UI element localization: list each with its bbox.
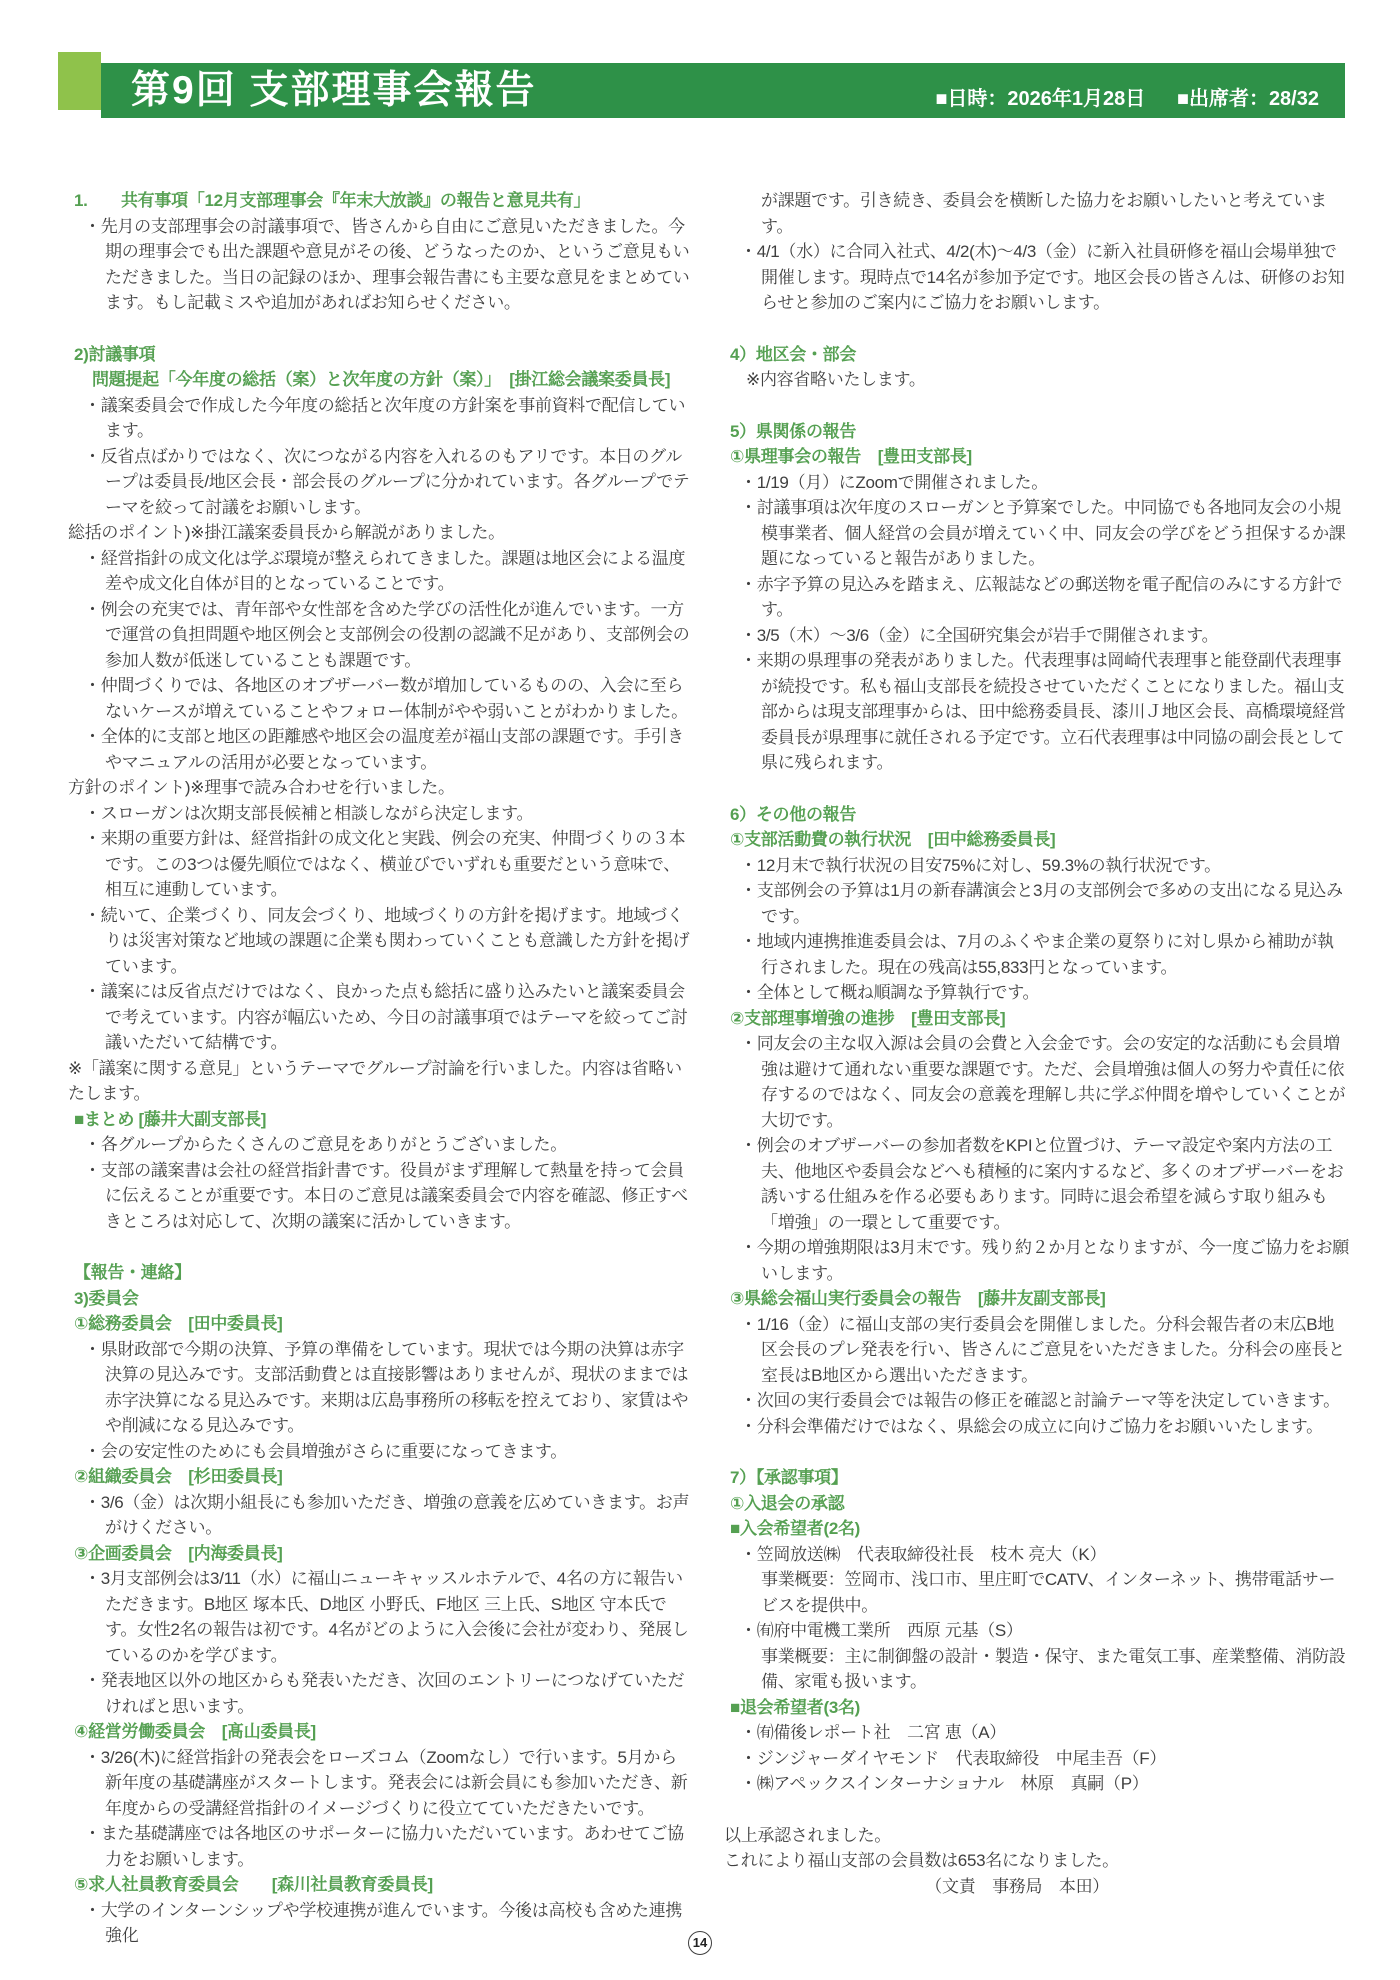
paragraph: 以上承認されました。	[724, 1823, 1349, 1849]
bullet-item: ・スローガンは次期支部長候補と相談しながら決定します。	[68, 801, 693, 827]
bullet-item: ・3月支部例会は3/11（水）に福山ニューキャッスルホテルで、4名の方に報告いた…	[68, 1566, 693, 1668]
bullet-item: ・全体として概ね順調な予算執行です。	[724, 980, 1349, 1006]
bullet-item: ・㈱アペックスインターナショナル 林原 真嗣（P）	[724, 1771, 1349, 1797]
bullet-item: ・大学のインターンシップや学校連携が進んでいます。今後は高校も含めた連携強化	[68, 1898, 693, 1949]
page-title: 第9回 支部理事会報告	[131, 59, 537, 115]
bullet-item: ・ジンジャーダイヤモンド 代表取締役 中尾圭吾（F）	[724, 1746, 1349, 1772]
report-page: 第9回 支部理事会報告 ■日時：2026年1月28日 ■出席者：28/32 1.…	[0, 0, 1400, 1980]
bullet-item: ・討議事項は次年度のスローガンと予算案でした。中同協でも各地同友会の小規模事業者…	[724, 495, 1349, 572]
bullet-item: ・㈲府中電機工業所 西原 元基（S）	[724, 1618, 1349, 1644]
section-heading: ①県理事会の報告 [豊田支部長]	[724, 444, 1349, 470]
bullet-item: ・議案委員会で作成した今年度の総括と次年度の方針案を事前資料で配信しています。	[68, 393, 693, 444]
bullet-item: ・3/6（金）は次期小組長にも参加いただき、増強の意義を広めていきます。お声がけ…	[68, 1490, 693, 1541]
section-heading: ■まとめ [藤井大副支部長]	[68, 1107, 693, 1133]
bullet-item: ・仲間づくりでは、各地区のオブザーバー数が増加しているものの、入会に至らないケー…	[68, 673, 693, 724]
bullet-item: ・各グループからたくさんのご意見をありがとうございました。	[68, 1132, 693, 1158]
sub-paragraph: 事業概要：主に制御盤の設計・製造・保守、また電気工事、産業整備、消防設備、家電も…	[724, 1644, 1349, 1695]
header-bar: 第9回 支部理事会報告 ■日時：2026年1月28日 ■出席者：28/32	[101, 63, 1345, 118]
bullet-item: ・先月の支部理事会の討議事項で、皆さんから自由にご意見いただきました。今期の理事…	[68, 214, 693, 316]
section-heading: ②支部理事増強の進捗 [豊田支部長]	[724, 1006, 1349, 1032]
section-heading: ①総務委員会 [田中委員長]	[68, 1311, 693, 1337]
bullet-item: ・12月末で執行状況の目安75%に対し、59.3%の執行状況です。	[724, 853, 1349, 879]
bullet-item: ・3/5（木）〜3/6（金）に全国研究集会が岩手で開催されます。	[724, 623, 1349, 649]
bullet-item: ・また基礎講座では各地区のサポーターに協力いただいています。あわせてご協力をお願…	[68, 1821, 693, 1872]
bullet-item: ・議案には反省点だけではなく、良かった点も総括に盛り込みたいと議案委員会で考えて…	[68, 979, 693, 1056]
section-heading: ■入会希望者(2名)	[724, 1516, 1349, 1542]
signature: （文責 事務局 本田）	[724, 1874, 1349, 1900]
spacer	[724, 393, 1349, 419]
bullet-item: ・反省点ばかりではなく、次につながる内容を入れるのもアリです。本日のグループは委…	[68, 444, 693, 521]
bullet-item: ・例会のオブザーバーの参加者数をKPIと位置づけ、テーマ設定や案内方法の工夫、他…	[724, 1133, 1349, 1235]
bullet-item: ・支部の議案書は会社の経営指針書です。役員がまず理解して熱量を持って会員に伝える…	[68, 1158, 693, 1235]
spacer	[68, 1234, 693, 1260]
bullet-item: ・同友会の主な収入源は会員の会費と入会金です。会の安定的な活動にも会員増強は避け…	[724, 1031, 1349, 1133]
bullet-item: ・発表地区以外の地区からも発表いただき、次回のエントリーにつなげていただければと…	[68, 1668, 693, 1719]
bullet-item: ・例会の充実では、青年部や女性部を含めた学びの活性化が進んでいます。一方で運営の…	[68, 597, 693, 674]
bullet-item: ・来期の県理事の発表がありました。代表理事は岡崎代表理事と能登副代表理事が続投で…	[724, 648, 1349, 776]
section-heading: 4）地区会・部会	[724, 342, 1349, 368]
right-column: が課題です。引き続き、委員会を横断した協力をお願いしたいと考えています。・4/1…	[724, 188, 1349, 1899]
section-heading: ④経営労働委員会 [髙山委員長]	[68, 1719, 693, 1745]
bullet-item: ・分科会準備だけではなく、県総会の成立に向けご協力をお願いいたします。	[724, 1414, 1349, 1440]
bullet-item: ・1/19（月）にZoomで開催されました。	[724, 470, 1349, 496]
left-column: 1. 共有事項「12月支部理事会『年末大放談』の報告と意見共有」・先月の支部理事…	[68, 188, 693, 1949]
section-heading: 3)委員会	[68, 1286, 693, 1312]
bullet-item: ・地域内連携推進委員会は、7月のふくやま企業の夏祭りに対し県から補助が執行されま…	[724, 929, 1349, 980]
spacer	[724, 316, 1349, 342]
sub-heading: 問題提起「今年度の総括（案）と次年度の方針（案）」 [掛江総会議案委員長]	[68, 367, 693, 393]
section-heading: ③県総会福山実行委員会の報告 [藤井友副支部長]	[724, 1286, 1349, 1312]
section-heading: 5）県関係の報告	[724, 419, 1349, 445]
section-heading: ①支部活動費の執行状況 [田中総務委員長]	[724, 827, 1349, 853]
section-heading: 【報告・連絡】	[68, 1260, 693, 1286]
note: ※内容省略いたします。	[724, 367, 1349, 393]
spacer	[724, 1439, 1349, 1465]
page-number-badge: 14	[688, 1931, 712, 1955]
bullet-item: ・3/26(木)に経営指針の発表会をローズコム（Zoomなし）で行います。5月か…	[68, 1745, 693, 1822]
bullet-item: ・経営指針の成文化は学ぶ環境が整えられてきました。課題は地区会による温度差や成文…	[68, 546, 693, 597]
meeting-date: ■日時：2026年1月28日	[935, 88, 1145, 110]
section-heading: 2)討議事項	[68, 342, 693, 368]
bullet-item: ・会の安定性のためにも会員増強がさらに重要になってきます。	[68, 1439, 693, 1465]
bullet-item: ・4/1（水）に合同入社式、4/2(木)〜4/3（金）に新入社員研修を福山会場単…	[724, 239, 1349, 316]
bullet-item: ・続いて、企業づくり、同友会づくり、地域づくりの方針を掲げます。地域づくりは災害…	[68, 903, 693, 980]
bullet-item: ・支部例会の予算は1月の新春講演会と3月の支部例会で多めの支出になる見込みです。	[724, 878, 1349, 929]
section-heading: ③企画委員会 [内海委員長]	[68, 1541, 693, 1567]
attendees-count: ■出席者：28/32	[1177, 88, 1319, 110]
section-heading: 7）【承認事項】	[724, 1465, 1349, 1491]
bullet-item: ・来期の重要方針は、経営指針の成文化と実践、例会の充実、仲間づくりの３本です。こ…	[68, 826, 693, 903]
section-heading: 1. 共有事項「12月支部理事会『年末大放談』の報告と意見共有」	[68, 188, 693, 214]
paragraph: 方針のポイント)※理事で読み合わせを行いました。	[68, 775, 693, 801]
section-heading: ②組織委員会 [杉田委員長]	[68, 1464, 693, 1490]
bullet-item: ・赤字予算の見込みを踏まえ、広報誌などの郵送物を電子配信のみにする方針です。	[724, 572, 1349, 623]
header-accent-square	[58, 52, 101, 110]
bullet-item: ・県財政部で今期の決算、予算の準備をしています。現状では今期の決算は赤字決算の見…	[68, 1337, 693, 1439]
section-heading: ⑤求人社員教育委員会 [森川社員教育委員長]	[68, 1872, 693, 1898]
section-heading: ■退会希望者(3名)	[724, 1695, 1349, 1721]
spacer	[724, 1797, 1349, 1823]
sub-paragraph: 事業概要：笠岡市、浅口市、里庄町でCATV、インターネット、携帯電話サービスを提…	[724, 1567, 1349, 1618]
bullet-item: ・次回の実行委員会では報告の修正を確認と討論テーマ等を決定していきます。	[724, 1388, 1349, 1414]
paragraph: 総括のポイント)※掛江議案委員長から解説がありました。	[68, 520, 693, 546]
section-heading: ①入退会の承認	[724, 1491, 1349, 1517]
bullet-item: ・笠岡放送㈱ 代表取締役社長 枝木 亮大（K）	[724, 1542, 1349, 1568]
bullet-item: ・1/16（金）に福山支部の実行委員会を開催しました。分科会報告者の末広B地区会…	[724, 1312, 1349, 1389]
bullet-item: ・㈲備後レポート社 二宮 恵（A）	[724, 1720, 1349, 1746]
continuation-paragraph: が課題です。引き続き、委員会を横断した協力をお願いしたいと考えています。	[724, 188, 1349, 239]
section-heading: 6）その他の報告	[724, 802, 1349, 828]
spacer	[68, 316, 693, 342]
header-meta: ■日時：2026年1月28日 ■出席者：28/32	[935, 82, 1319, 111]
paragraph: これにより福山支部の会員数は653名になりました。	[724, 1848, 1349, 1874]
bullet-item: ・全体的に支部と地区の距離感や地区会の温度差が福山支部の課題です。手引きやマニュ…	[68, 724, 693, 775]
spacer	[724, 776, 1349, 802]
bullet-item: ・今期の増強期限は3月末です。残り約２か月となりますが、今一度ご協力をお願いしま…	[724, 1235, 1349, 1286]
paragraph: ※「議案に関する意見」というテーマでグループ討論を行いました。内容は省略いたしま…	[68, 1056, 693, 1107]
